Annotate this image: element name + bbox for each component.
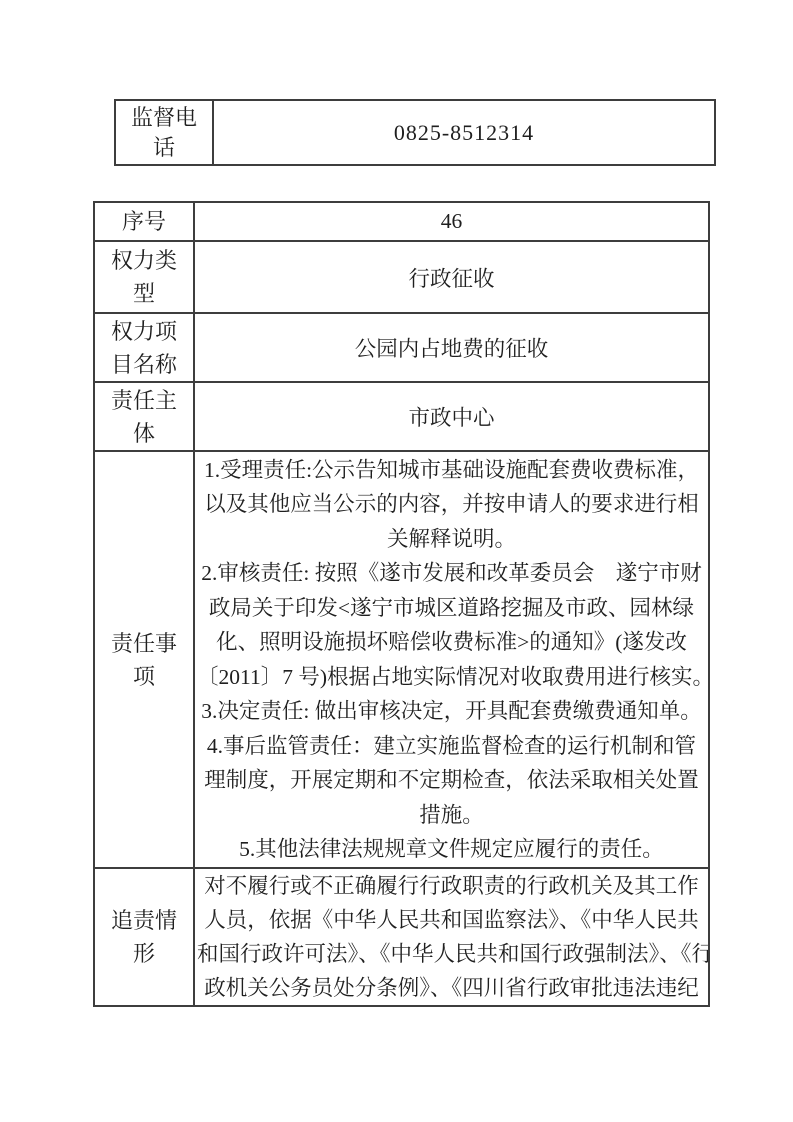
text-line: 3.决定责任: 做出审核决定，开具配套费缴费通知单。: [197, 694, 706, 729]
row-value-cell: 公园内占地费的征收: [195, 314, 708, 381]
text-line: 1.受理责任:公示告知城市基础设施配套费收费标准，: [197, 453, 706, 488]
phone-value-cell: 0825-8512314: [214, 101, 714, 164]
text-line: 〔2011〕7 号)根据占地实际情况对收取费用进行核实。: [197, 660, 706, 695]
table-row-responsible-entity: 责任主体 市政中心: [95, 381, 708, 450]
row-value-cell: 市政中心: [195, 383, 708, 450]
text-line: 人员，依据《中华人民共和国监察法》、《中华人民共: [197, 903, 706, 937]
text-line: 化、照明设施损坏赔偿收费标准>的通知》(遂发改: [197, 625, 706, 660]
row-value-cell: 行政征收: [195, 242, 708, 312]
text-line: 政局关于印发<遂宁市城区道路挖掘及市政、园林绿: [197, 591, 706, 626]
table-row-serial-number: 序号 46: [95, 203, 708, 240]
accountability-text: 对不履行或不正确履行行政职责的行政机关及其工作 人员，依据《中华人民共和国监察法…: [195, 869, 708, 1005]
text-line: 理制度，开展定期和不定期检查，依法采取相关处置: [197, 763, 706, 798]
power-type-value: 行政征收: [408, 262, 494, 293]
table-row-power-type: 权力类型 行政征收: [95, 240, 708, 312]
row-label: 权力类型: [110, 244, 178, 310]
phone-label: 监督电话: [130, 103, 198, 163]
row-label: 责任主体: [110, 384, 178, 450]
responsibility-items-text: 1.受理责任:公示告知城市基础设施配套费收费标准， 以及其他应当公示的内容，并按…: [195, 452, 708, 867]
serial-number-value: 46: [441, 209, 463, 234]
text-line: 以及其他应当公示的内容，并按申请人的要求进行相: [197, 487, 706, 522]
text-line: 4.事后监管责任：建立实施监督检查的运行机制和管: [197, 729, 706, 764]
row-label: 责任事项: [110, 627, 178, 693]
table-row-responsibility-items: 责任事项 1.受理责任:公示告知城市基础设施配套费收费标准， 以及其他应当公示的…: [95, 450, 708, 867]
text-line: 和国行政许可法》、《中华人民共和国行政强制法》、《行: [197, 937, 706, 971]
text-line: 政机关公务员处分条例》、《四川省行政审批违法违纪: [197, 971, 706, 1005]
row-label-cell: 责任主体: [95, 383, 195, 450]
supervision-phone-table: 监督电话 0825-8512314: [114, 99, 716, 166]
power-item-name-value: 公园内占地费的征收: [355, 332, 549, 363]
row-label-cell: 权力类型: [95, 242, 195, 312]
row-label-cell: 追责情形: [95, 869, 195, 1005]
row-label-cell: 序号: [95, 203, 195, 240]
table-row-accountability: 追责情形 对不履行或不正确履行行政职责的行政机关及其工作 人员，依据《中华人民共…: [95, 867, 708, 1005]
duty-list-table: 序号 46 权力类型 行政征收 权力项目名称 公园内占地费的征收 责任: [93, 201, 710, 1007]
text-line: 5.其他法律法规规章文件规定应履行的责任。: [197, 832, 706, 867]
row-label-cell: 权力项目名称: [95, 314, 195, 381]
phone-number: 0825-8512314: [394, 120, 534, 146]
row-label-cell: 责任事项: [95, 452, 195, 867]
responsible-entity-value: 市政中心: [408, 401, 494, 432]
row-label: 权力项目名称: [110, 315, 178, 381]
document-page: 监督电话 0825-8512314 序号 46 权力类型 行政征收 权力项目: [0, 0, 793, 1122]
phone-label-cell: 监督电话: [116, 101, 214, 164]
row-value-cell: 46: [195, 203, 708, 240]
table-row-power-item-name: 权力项目名称 公园内占地费的征收: [95, 312, 708, 381]
text-line: 对不履行或不正确履行行政职责的行政机关及其工作: [197, 869, 706, 903]
text-line: 措施。: [197, 798, 706, 833]
text-line: 2.审核责任: 按照《遂市发展和改革委员会 遂宁市财: [197, 556, 706, 591]
row-label: 序号: [110, 205, 178, 238]
row-label: 追责情形: [110, 904, 178, 970]
text-line: 关解释说明。: [197, 522, 706, 557]
